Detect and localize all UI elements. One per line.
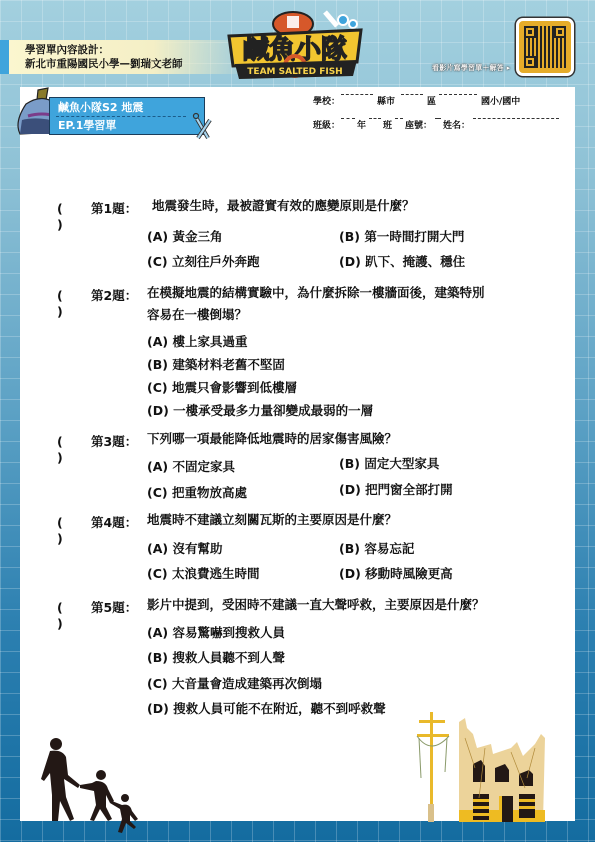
question-number: 第1題： bbox=[91, 199, 137, 217]
question-text: 地震時不建議立刻關瓦斯的主要原因是什麼？ bbox=[147, 508, 397, 532]
family-silhouette-icon bbox=[40, 735, 142, 835]
option-d[interactable]: (D) 趴下、掩護、穩住 bbox=[339, 252, 465, 270]
question-text: 地震發生時，最被證實有效的應變原則是什麼？ bbox=[152, 194, 415, 218]
qr-finder-icon bbox=[554, 26, 566, 38]
school-label: 學校： bbox=[313, 94, 340, 107]
answer-blank[interactable]: ( ) bbox=[57, 286, 75, 319]
name-field[interactable] bbox=[473, 118, 559, 119]
question-number: 第2題： bbox=[91, 286, 137, 304]
school-level-label: 國小/國中 bbox=[481, 94, 520, 107]
question-number: 第3題： bbox=[91, 432, 137, 450]
designer-line-2: 新北市重陽國民小學—劉瑞文老師 bbox=[25, 57, 250, 71]
qr-finder-icon bbox=[524, 56, 536, 68]
class-field[interactable] bbox=[369, 118, 381, 119]
option-b[interactable]: (B) 搜救人員聽不到人聲 bbox=[147, 648, 285, 666]
answer-blank[interactable]: ( ) bbox=[57, 432, 75, 465]
question-text: 下列哪一項最能降低地震時的居家傷害風險？ bbox=[147, 427, 397, 451]
option-a[interactable]: (A) 沒有幫助 bbox=[147, 539, 222, 557]
county-field[interactable] bbox=[341, 94, 373, 95]
option-c[interactable]: (C) 把重物放高處 bbox=[147, 483, 247, 501]
designer-line-1: 學習單內容設計： bbox=[25, 43, 250, 57]
answer-blank[interactable]: ( ) bbox=[57, 598, 75, 631]
qr-caption: 看影片寫學習單＋解答 ▸ bbox=[432, 63, 510, 73]
question-text-line-2: 容易在一樓倒塌？ bbox=[147, 303, 247, 327]
grade-field[interactable] bbox=[341, 118, 355, 119]
utility-pole-icon bbox=[417, 712, 449, 822]
option-b[interactable]: (B) 固定大型家具 bbox=[339, 454, 439, 472]
name-label: 姓名： bbox=[443, 118, 470, 131]
option-b[interactable]: (B) 容易忘記 bbox=[339, 539, 414, 557]
option-a[interactable]: (A) 樓上家具過重 bbox=[147, 332, 247, 350]
option-c[interactable]: (C) 立刻往戶外奔跑 bbox=[147, 252, 259, 270]
qr-pattern bbox=[524, 26, 566, 68]
qr-code[interactable] bbox=[516, 18, 574, 76]
team-salted-fish-logo: 鹹魚小隊 TEAM SALTED FISH bbox=[225, 8, 365, 80]
question-text: 在模擬地震的結構實驗中，為什麼拆除一樓牆面後，建築特別 bbox=[147, 281, 485, 305]
district-field[interactable] bbox=[401, 94, 423, 95]
option-d[interactable]: (D) 一樓承受最多力量卻變成最弱的一層 bbox=[147, 401, 373, 419]
option-b[interactable]: (B) 第一時間打開大門 bbox=[339, 227, 464, 245]
question-number: 第5題： bbox=[91, 598, 137, 616]
answer-blank[interactable]: ( ) bbox=[57, 199, 75, 232]
option-b[interactable]: (B) 建築材料老舊不堅固 bbox=[147, 355, 285, 373]
option-c[interactable]: (C) 太浪費逃生時間 bbox=[147, 564, 259, 582]
logo-title: 鹹魚小隊 bbox=[243, 34, 347, 65]
class-label: 班級： bbox=[313, 118, 340, 131]
seat-field[interactable] bbox=[435, 118, 441, 119]
option-d[interactable]: (D) 把門窗全部打開 bbox=[339, 480, 453, 498]
question-text: 影片中提到，受困時不建議一直大聲呼救，主要原因是什麼？ bbox=[147, 593, 485, 617]
qr-finder-icon bbox=[524, 26, 536, 38]
ruined-building-icon bbox=[415, 708, 575, 822]
class-unit-label: 班 bbox=[383, 118, 392, 131]
answer-blank[interactable]: ( ) bbox=[57, 513, 75, 546]
district-label: 區 bbox=[427, 94, 436, 107]
series-title: 鹹魚小隊S2 地震 bbox=[58, 99, 204, 116]
question-number: 第4題： bbox=[91, 513, 137, 531]
option-c[interactable]: (C) 地震只會影響到低樓層 bbox=[147, 378, 297, 396]
tools-icon bbox=[192, 112, 214, 142]
designer-credit: 學習單內容設計： 新北市重陽國民小學—劉瑞文老師 bbox=[0, 40, 250, 74]
option-a[interactable]: (A) 黃金三角 bbox=[147, 227, 222, 245]
class-gap-line bbox=[395, 118, 403, 119]
option-c[interactable]: (C) 大音量會造成建築再次倒塌 bbox=[147, 674, 322, 692]
school-name-field[interactable] bbox=[439, 94, 477, 95]
option-a[interactable]: (A) 不固定家具 bbox=[147, 457, 235, 475]
option-a[interactable]: (A) 容易驚嚇到搜救人員 bbox=[147, 623, 285, 641]
option-d[interactable]: (D) 搜救人員可能不在附近，聽不到呼救聲 bbox=[147, 699, 386, 717]
option-d[interactable]: (D) 移動時風險更高 bbox=[339, 564, 453, 582]
grade-label: 年 bbox=[357, 118, 366, 131]
sheet-title: EP.1學習單 bbox=[58, 117, 204, 134]
county-label: 縣市 bbox=[377, 94, 395, 107]
logo-subtitle: TEAM SALTED FISH bbox=[247, 67, 342, 77]
episode-title-box: 鹹魚小隊S2 地震 EP.1學習單 bbox=[49, 97, 205, 135]
seat-label: 座號： bbox=[405, 118, 432, 131]
